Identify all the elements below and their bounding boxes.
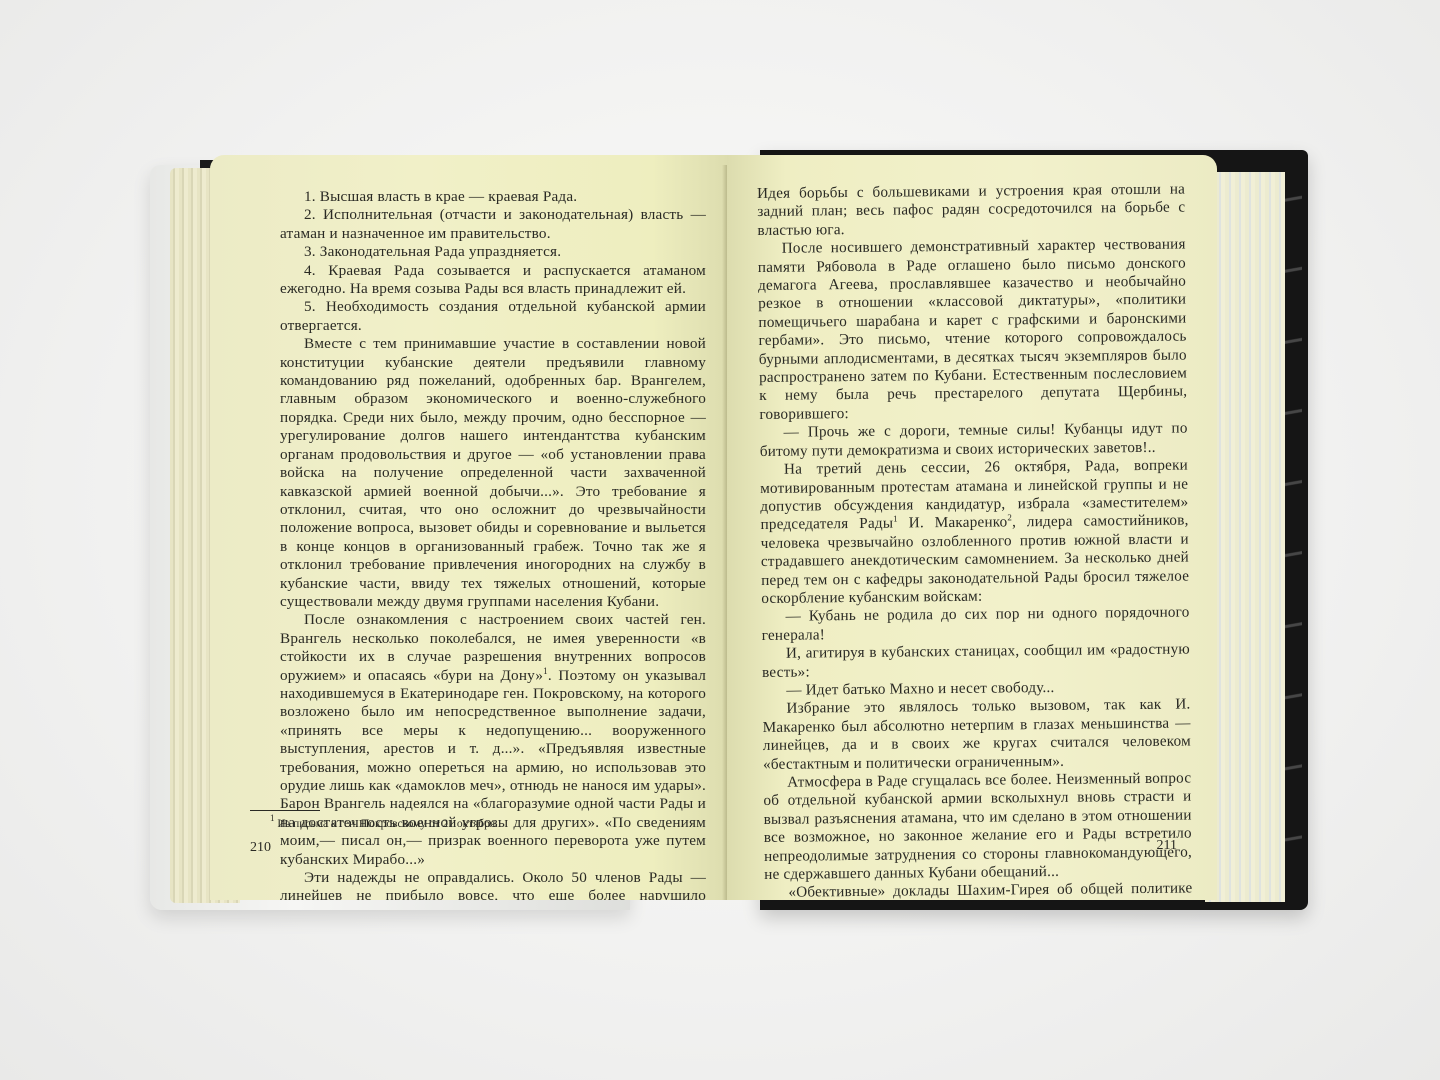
page-number: 211 — [1157, 838, 1177, 854]
paragraph: После носившего демонстративный характер… — [758, 236, 1188, 425]
right-page-body: Идея борьбы с большевиками и устроения к… — [757, 181, 1194, 900]
paragraph: 3. Законодательная Рада упраздняется. — [280, 243, 706, 261]
left-page: 1. Высшая власть в крае — краевая Рада. … — [210, 155, 730, 900]
footnote-divider — [250, 810, 320, 811]
paragraph: На третий день сессии, 26 октября, Рада,… — [760, 457, 1190, 609]
paragraph: — Кубань не родила до сих пор ни одного … — [761, 604, 1189, 645]
footnote: 1 Из письма к ген. Покровскому от 21 окт… — [250, 817, 710, 831]
paragraph: — Прочь же с дороги, темные силы! Кубанц… — [760, 420, 1188, 461]
paragraph-text: . Поэтому он указывал находившемуся в Ек… — [280, 667, 706, 868]
footnote-mark: 1 — [270, 813, 275, 823]
left-page-body: 1. Высшая власть в крае — краевая Рада. … — [280, 188, 706, 900]
paragraph: 2. Исполнительная (отчасти и законодател… — [280, 206, 706, 243]
paragraph: 1. Высшая власть в крае — краевая Рада. — [280, 188, 706, 206]
paragraph: Атмосфера в Раде сгущалась все более. Не… — [763, 769, 1192, 884]
page-number: 210 — [250, 840, 271, 856]
page-stack-right — [1205, 172, 1285, 902]
paragraph-text: И. Макаренко — [909, 514, 1008, 532]
paragraph: Вместе с тем принимавшие участие в соста… — [280, 335, 706, 611]
paragraph: Избрание это являлось только вызовом, та… — [762, 696, 1191, 774]
paragraph: И, агитируя в кубанских станицах, сообщи… — [762, 641, 1190, 682]
paragraph: Эти надежды не оправдались. Около 50 чле… — [280, 869, 706, 900]
paragraph: 4. Краевая Рада созывается и распускаетс… — [280, 262, 706, 299]
paragraph: 5. Необходимость создания отдельной куба… — [280, 298, 706, 335]
right-page: Идея борьбы с большевиками и устроения к… — [727, 155, 1217, 900]
footnote-text: Из письма к ген. Покровскому от 21 октяб… — [277, 818, 498, 830]
footnotes: 1 Из письма к ген. Покровскому от 21 окт… — [250, 810, 710, 831]
footnote-mark: 1 — [893, 514, 898, 524]
paragraph: «Обективные» доклады Шахим-Гирея об обще… — [764, 880, 1192, 900]
paragraph: Идея борьбы с большевиками и устроения к… — [757, 181, 1186, 241]
